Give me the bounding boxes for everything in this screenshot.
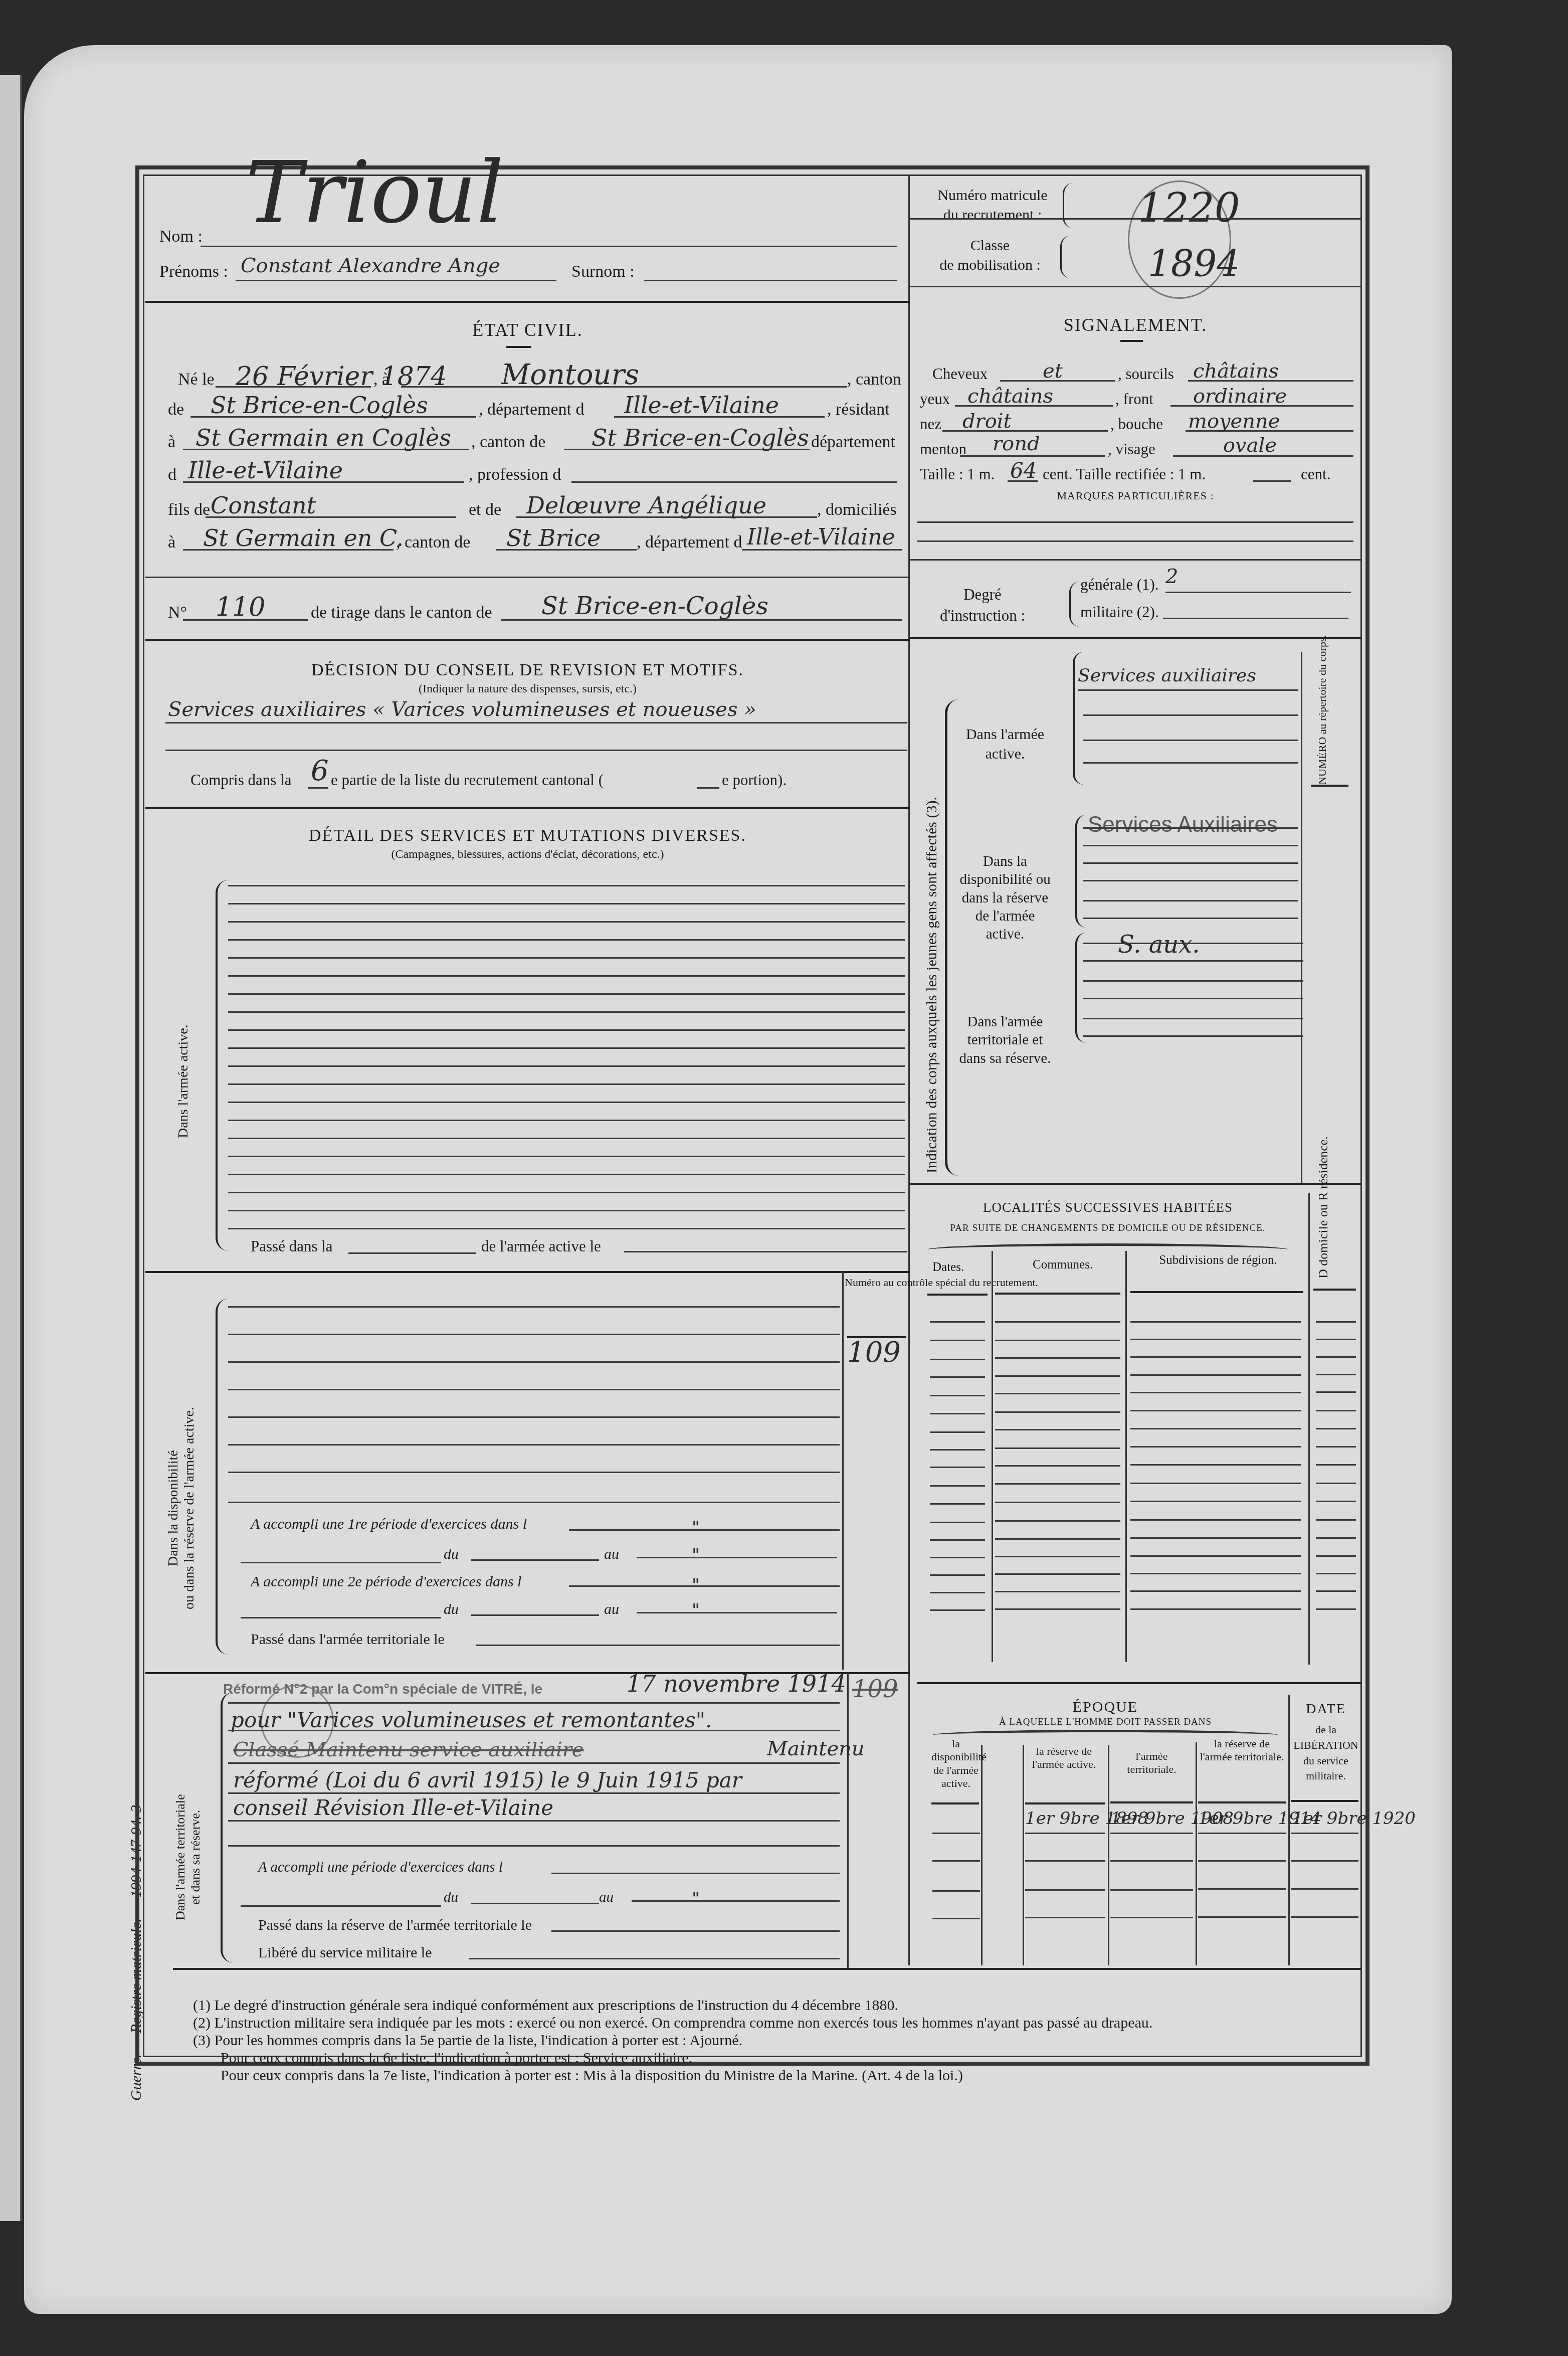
territoriale-line — [228, 1702, 840, 1704]
localites-header-rule — [995, 1293, 1120, 1295]
territoriale-brace — [221, 1692, 234, 1963]
localites-line — [1316, 1464, 1356, 1466]
cheveux-label: Cheveux — [932, 366, 988, 382]
sourcils-label: , sourcils — [1118, 366, 1174, 382]
localites-line — [930, 1467, 985, 1468]
libere-label: Libéré du service militaire le — [258, 1945, 432, 1960]
corps-line — [1083, 845, 1298, 846]
corps-line — [1083, 827, 1298, 829]
localites-line — [995, 1375, 1120, 1377]
passe-dans-la-label: Passé dans la — [251, 1238, 333, 1254]
corps-line — [1083, 998, 1303, 999]
column-divider — [908, 175, 910, 1965]
prenoms-label: Prénoms : — [159, 263, 228, 280]
armee-active-line — [228, 939, 905, 941]
canton-parents: St Brice — [506, 526, 601, 550]
territoriale-line — [228, 1730, 840, 1731]
footnote-3: (3) Pour les hommes compris dans la 5e p… — [193, 2033, 742, 2048]
armee-active-le-label: de l'armée active le — [481, 1238, 601, 1254]
previous-page-edge — [0, 75, 22, 2221]
nez-label: nez — [920, 416, 941, 432]
epoque-col-divider — [1108, 1745, 1109, 1965]
epoque-header-rule — [1198, 1801, 1286, 1803]
decision-line-2 — [165, 750, 907, 751]
epoque-col-divider — [1023, 1745, 1024, 1965]
passe-dans-la-line — [348, 1252, 476, 1254]
localites-line — [995, 1429, 1120, 1430]
corps-line — [1083, 943, 1303, 944]
corps-line — [1083, 714, 1298, 716]
header-separator — [145, 301, 910, 303]
epoque-line — [932, 1890, 980, 1892]
territoriale-line4: conseil Révision Ille-et-Vilaine — [233, 1797, 553, 1819]
territoriale-periode-label: A accompli une période d'exercices dans … — [258, 1860, 503, 1875]
profession-line — [571, 481, 897, 483]
nom-label: Nom : — [159, 228, 203, 245]
localites-line — [995, 1591, 1120, 1592]
localites-line — [930, 1557, 985, 1558]
corps-disponibilite-brace — [1075, 815, 1086, 928]
decision-line-1 — [165, 722, 907, 723]
main-grid-bottom — [173, 1968, 1361, 1970]
menton-label: menton — [920, 441, 966, 457]
localites-line — [1130, 1410, 1301, 1411]
localites-line — [1316, 1483, 1356, 1484]
portion-label: e portion). — [722, 772, 787, 788]
departement-parents: Ille-et-Vilaine — [747, 526, 895, 549]
localites-col-dates: Dates. — [932, 1261, 964, 1274]
armee-active-line — [228, 1047, 905, 1049]
localites-line — [1130, 1446, 1301, 1447]
epoque-title: ÉPOQUE — [930, 1700, 1281, 1715]
corps-line — [1083, 740, 1298, 741]
localites-line — [930, 1574, 985, 1576]
localites-bottom — [917, 1682, 1361, 1684]
armee-active-line — [228, 1102, 905, 1103]
disponibilite-line — [228, 1444, 840, 1445]
epoque-line — [1025, 1917, 1105, 1918]
front-label: , front — [1115, 391, 1153, 407]
detail-services-title: DÉTAIL DES SERVICES ET MUTATIONS DIVERSE… — [145, 827, 910, 844]
armee-active-line — [228, 1156, 905, 1157]
periode2-au-value: " — [692, 1602, 700, 1619]
etat-civil-separator — [145, 577, 910, 578]
epoque-line — [932, 1918, 980, 1919]
periode1-line — [569, 1529, 840, 1531]
corps-armee-active-label: Dans l'armée active. — [955, 724, 1055, 764]
territoriale-controle-struck: 109 — [852, 1677, 898, 1701]
localites-line — [1130, 1501, 1301, 1502]
territoriale-du-label: du — [444, 1890, 458, 1905]
localites-line — [1130, 1428, 1301, 1429]
disponibilite-line — [228, 1389, 840, 1390]
corps-line — [1083, 1018, 1303, 1019]
localites-line — [1316, 1410, 1356, 1411]
mere: Delœuvre Angélique — [526, 494, 766, 517]
armee-active-le-line — [624, 1251, 907, 1252]
canton-residence: St Brice-en-Coglès — [592, 426, 809, 449]
sourcils-value: châtains — [1193, 361, 1279, 381]
localites-dr-divider — [1308, 1193, 1310, 1665]
marques-line-1 — [917, 521, 1353, 523]
localites-line — [995, 1556, 1120, 1557]
localites-line — [995, 1340, 1120, 1341]
disponibilite-line — [228, 1334, 840, 1335]
canton-label: , canton — [847, 371, 901, 388]
periode1-au-value: " — [692, 1547, 700, 1564]
territoriale-line — [228, 1820, 840, 1822]
compris-label: Compris dans la — [190, 772, 292, 788]
localites-line — [1130, 1590, 1301, 1592]
date-liberation-title: DATE — [1291, 1702, 1361, 1716]
epoque-line — [1198, 1888, 1286, 1890]
disponibilite-line — [228, 1472, 840, 1473]
armee-active-line — [228, 957, 905, 959]
detail-services-subtitle: (Campagnes, blessures, actions d'éclat, … — [145, 848, 910, 860]
generale-line — [1165, 592, 1351, 593]
epoque-header-rule — [1025, 1802, 1105, 1804]
no-label: N° — [168, 604, 187, 621]
epoque-header-rule — [931, 1802, 979, 1804]
epoque-line — [1110, 1833, 1193, 1834]
localites-header-rule — [1313, 1289, 1356, 1291]
bouche-label: , bouche — [1110, 416, 1163, 432]
passe-territoriale-label: Passé dans l'armée territoriale le — [251, 1632, 445, 1647]
localites-line — [930, 1485, 985, 1487]
territoriale-side-line2: et dans sa réserve. — [188, 1810, 203, 1905]
localites-line — [930, 1539, 985, 1541]
instruction-brace — [1069, 582, 1080, 627]
armee-active-line — [228, 1011, 905, 1013]
title-dash — [506, 346, 531, 348]
localites-header-rule — [1130, 1291, 1303, 1293]
surnom-label: Surnom : — [571, 263, 635, 280]
territoriale-du-line — [471, 1903, 599, 1904]
departement-naissance: Ille-et-Vilaine — [624, 394, 779, 417]
armee-active-line — [228, 1065, 905, 1067]
localites-header-rule — [927, 1294, 988, 1296]
classe-label-line1: Classe — [970, 237, 1010, 254]
localites-line — [995, 1573, 1120, 1575]
matricule-label-line1: Numéro matricule — [937, 187, 1047, 204]
localites-line — [1316, 1573, 1356, 1574]
matricule-brace — [1063, 183, 1073, 228]
taille-rectifiee-line — [1253, 480, 1291, 482]
marques-line-2 — [917, 540, 1353, 542]
localites-line — [930, 1321, 985, 1323]
marques-particulieres-title: MARQUES PARTICULIÈRES : — [910, 490, 1361, 501]
corps-armee-active-value: Services auxiliaires — [1078, 667, 1256, 685]
localites-line — [930, 1503, 985, 1505]
periode2-du-label: du — [444, 1602, 459, 1617]
generale-label: générale (1). — [1080, 577, 1159, 592]
localites-line — [1130, 1339, 1301, 1340]
localites-line — [995, 1447, 1120, 1449]
armee-active-line — [228, 1192, 905, 1193]
epoque-line — [1025, 1889, 1105, 1891]
a2-label: à — [168, 434, 175, 451]
prenoms-line — [236, 280, 556, 281]
et-label: et de — [469, 501, 501, 518]
localites-line — [930, 1395, 985, 1396]
departement3-label: , département d — [637, 534, 742, 551]
localites-line — [995, 1502, 1120, 1503]
localites-line — [1130, 1555, 1301, 1557]
localites-line — [995, 1538, 1120, 1540]
localites-title: LOCALITÉS SUCCESSIVES HABITÉES — [917, 1201, 1298, 1214]
a3-label: à — [168, 534, 175, 551]
localites-line — [1130, 1519, 1301, 1521]
d-label: d — [168, 466, 176, 483]
disponibilite-brace — [216, 1299, 229, 1655]
armee-active-line — [228, 903, 905, 904]
territoriale-line1: pour "Varices volumineuses et remontante… — [231, 1710, 712, 1731]
armee-active-line — [228, 1120, 905, 1121]
periode2-line — [569, 1585, 840, 1587]
classe-bottom-line — [910, 286, 1361, 287]
front-value: ordinaire — [1193, 386, 1287, 406]
localites-line — [930, 1449, 985, 1451]
periode2-value: " — [692, 1577, 700, 1594]
periode1-du-line — [471, 1559, 599, 1561]
armee-active-brace — [216, 880, 229, 1251]
territoriale-line2-struck: Classé Maintenu service auxiliaire — [233, 1740, 584, 1760]
corps-disponibilite-label: Dans la disponibilité ou dans la réserve… — [955, 852, 1055, 943]
disponibilite-side-label: Dans la disponibilité ou dans la réserve… — [165, 1407, 198, 1609]
decision-bottom — [145, 807, 910, 809]
a-label: , à — [373, 371, 389, 388]
decision-subtitle: (Indiquer la nature des dispenses, sursi… — [145, 683, 910, 695]
localites-line — [930, 1592, 985, 1593]
epoque-line — [1025, 1833, 1105, 1834]
periode2-du-line — [471, 1614, 599, 1616]
numero-controle-label: Numéro au contrôle spécial du recrutemen… — [845, 1276, 907, 1289]
corps-territoriale-brace — [1075, 933, 1086, 1043]
residence: St Germain en Coglès — [195, 426, 451, 449]
marques-bottom — [910, 559, 1361, 561]
localites-line — [995, 1321, 1120, 1323]
numero-controle-divider — [842, 1271, 844, 1670]
disponibilite-line — [228, 1361, 840, 1363]
armee-active-line — [228, 1228, 905, 1229]
footnote-2: (2) L'instruction militaire sera indiqué… — [193, 2016, 1152, 2031]
footnote-3b: Pour ceux compris dans la 6e liste, l'in… — [221, 2051, 692, 2066]
taille-label: Taille : 1 m. — [920, 466, 995, 482]
epoque-col-divider — [1196, 1742, 1197, 1965]
localites-line — [1130, 1374, 1301, 1376]
taille-rectifiee-label: cent. Taille rectifiée : 1 m. — [1043, 466, 1206, 482]
epoque-line — [1291, 1833, 1358, 1834]
epoque-line — [1110, 1917, 1193, 1918]
localites-line — [995, 1393, 1120, 1394]
epoque-line — [932, 1833, 980, 1834]
localites-line — [995, 1465, 1120, 1467]
reserve-territoriale-label: Passé dans la réserve de l'armée territo… — [258, 1918, 532, 1933]
periode1-label: A accompli une 1re période d'exercices d… — [251, 1517, 527, 1532]
yeux-label: yeux — [920, 391, 950, 407]
lieu-naissance: Montours — [501, 361, 639, 389]
territoriale-controle-divider — [847, 1672, 849, 1968]
decision-value: Services auxiliaires « Varices volumineu… — [168, 699, 756, 719]
libere-line — [469, 1958, 840, 1959]
disponibilite-line — [228, 1306, 840, 1308]
passe-territoriale-line — [476, 1645, 840, 1646]
armee-active-side-label: Dans l'armée active. — [175, 1024, 191, 1138]
localites-col-divider — [1125, 1251, 1127, 1662]
corps-line — [1083, 762, 1298, 764]
residant-label: , résidant — [827, 401, 890, 418]
departement-label: , département d — [479, 401, 584, 418]
localites-line — [1316, 1446, 1356, 1447]
periode1-pre-line — [241, 1562, 441, 1563]
armee-active-line — [228, 993, 905, 995]
localites-line — [1130, 1608, 1301, 1610]
corps-territoriale-label: Dans l'armée territoriale et dans sa rés… — [955, 1013, 1055, 1067]
periode1-du-label: du — [444, 1547, 459, 1562]
matricule-separator — [910, 218, 1361, 220]
periode2-label: A accompli une 2e période d'exercices da… — [251, 1574, 521, 1589]
degre-label-line2: d'instruction : — [940, 607, 1025, 624]
etat-civil-bottom — [145, 639, 910, 641]
bouche-value: moyenne — [1188, 411, 1280, 431]
localites-line — [1316, 1391, 1356, 1393]
nez-value: droit — [962, 411, 1012, 431]
epoque-line — [1198, 1860, 1286, 1862]
armee-active-line — [228, 885, 905, 886]
corps-affectes-side-label: Indication des corps auxquels les jeunes… — [923, 797, 941, 1173]
canton-naissance: St Brice-en-Coglès — [211, 394, 428, 417]
territoriale-au-label: au — [599, 1890, 614, 1905]
classe-value: 1894 — [1148, 246, 1240, 282]
localites-line — [1130, 1483, 1301, 1484]
periode1-au-label: au — [604, 1547, 619, 1562]
corps-line — [1083, 1035, 1303, 1037]
corps-territoriale-value: S. aux. — [1118, 933, 1200, 957]
departement2-label: département — [811, 434, 895, 451]
localites-line — [995, 1608, 1120, 1610]
numero-repertoire-label: NUMÉRO au répertoire du corps. — [1316, 635, 1328, 785]
disponibilite-side-line2: ou dans la réserve de l'armée active. — [181, 1407, 197, 1609]
cent-label: cent. — [1301, 466, 1330, 482]
epoque-col-territoriale: l'armée territoriale. — [1110, 1750, 1193, 1776]
localites-line — [1316, 1428, 1356, 1429]
numero-repertoire-divider — [1301, 652, 1302, 1183]
territoriale-side-line1: Dans l'armée territoriale — [173, 1794, 187, 1920]
armee-active-line — [228, 1174, 905, 1175]
reserve-territoriale-line — [551, 1930, 840, 1932]
classe-label: Classe de mobilisation : — [917, 236, 1063, 275]
no-tirage: 110 — [216, 594, 265, 620]
localites-col-subdivisions: Subdivisions de région. — [1133, 1253, 1303, 1268]
territoriale-au-value: " — [692, 1890, 700, 1907]
tirage-label: de tirage dans le canton de — [311, 604, 492, 621]
canton3-label: , canton de — [396, 534, 470, 551]
epoque-header-rule — [1110, 1801, 1193, 1803]
generale-value: 2 — [1165, 567, 1178, 587]
numero-controle-value: 109 — [847, 1339, 901, 1367]
prenoms-value: Constant Alexandre Ange — [241, 256, 500, 276]
armee-active-line — [228, 975, 905, 977]
localites-line — [1316, 1537, 1356, 1539]
signalement-dash — [1120, 340, 1143, 342]
degre-label-line1: Degré — [963, 586, 1002, 603]
armee-active-line — [228, 921, 905, 923]
armee-active-line — [228, 1138, 905, 1139]
footnote-3c: Pour ceux compris dans la 7e liste, l'in… — [221, 2068, 963, 2083]
nom-line — [201, 246, 897, 247]
periode1-value: " — [692, 1519, 700, 1536]
epoque-line — [932, 1860, 980, 1862]
date-liberation-value: 1er 9bre 1920 — [1292, 1810, 1416, 1827]
armee-active-line — [228, 1083, 905, 1085]
localites-col-divider — [992, 1251, 993, 1662]
periode2-pre-line — [241, 1617, 441, 1618]
corps-line — [1083, 880, 1298, 881]
localites-line — [930, 1340, 985, 1341]
territoriale-pre-line — [241, 1905, 441, 1907]
epoque-col-reserve-active: la réserve de l'armée active. — [1023, 1745, 1105, 1771]
armee-active-line — [228, 1210, 905, 1211]
de-label: de — [168, 401, 184, 418]
date-liberation-subtitle: de la LIBÉRATION du service militaire. — [1291, 1722, 1361, 1784]
localites-line — [930, 1359, 985, 1360]
localites-line — [1316, 1555, 1356, 1557]
militaire-line — [1163, 618, 1348, 619]
partie-value: 6 — [311, 757, 329, 785]
disponibilite-line — [228, 1416, 840, 1418]
epoque-line — [1291, 1916, 1358, 1918]
epoque-header-rule — [1291, 1800, 1358, 1802]
localites-line — [930, 1431, 985, 1433]
portion-line — [697, 787, 719, 789]
localites-line — [930, 1376, 985, 1378]
periode2-au-label: au — [604, 1602, 619, 1617]
etat-civil-title: ÉTAT CIVIL. — [145, 321, 910, 339]
epoque-subtitle: À LAQUELLE L'HOMME DOIT PASSER DANS — [930, 1717, 1281, 1727]
armee-active-line — [228, 1029, 905, 1031]
corps-line — [1083, 980, 1303, 982]
territoriale-line — [228, 1845, 840, 1847]
corps-line — [1083, 960, 1303, 962]
localites-line — [1316, 1339, 1356, 1340]
localites-line — [1316, 1374, 1356, 1375]
epoque-line — [1198, 1916, 1286, 1918]
visage-label: , visage — [1108, 441, 1155, 457]
corps-line — [1083, 918, 1298, 919]
localites-col-communes: Communes. — [1033, 1258, 1093, 1271]
domicile-parents: St Germain en C. — [203, 526, 404, 550]
localites-line — [1130, 1356, 1301, 1358]
partie-label: e partie de la liste du recrutement cant… — [331, 772, 604, 788]
surnom-line — [644, 280, 897, 281]
territoriale-side-label: Dans l'armée territoriale et dans sa rés… — [173, 1794, 203, 1920]
numero-repertoire-separator — [1311, 785, 1348, 787]
localites-line — [1316, 1501, 1356, 1502]
epoque-line — [1025, 1860, 1105, 1862]
visage-value: ovale — [1223, 435, 1277, 455]
pere: Constant — [211, 494, 316, 517]
epoque-col-disponibilite: la disponibilité de l'armée active. — [931, 1737, 981, 1790]
epoque-col-divider — [981, 1745, 983, 1965]
ne-le-label: Né le — [178, 371, 215, 388]
territoriale-periode-line — [551, 1873, 840, 1874]
localites-line — [1316, 1519, 1356, 1521]
localites-line — [1130, 1537, 1301, 1539]
corps-line — [1078, 689, 1298, 691]
territoriale-line — [228, 1792, 840, 1794]
classe-brace — [1060, 236, 1071, 278]
armee-active-bottom — [145, 1271, 910, 1273]
